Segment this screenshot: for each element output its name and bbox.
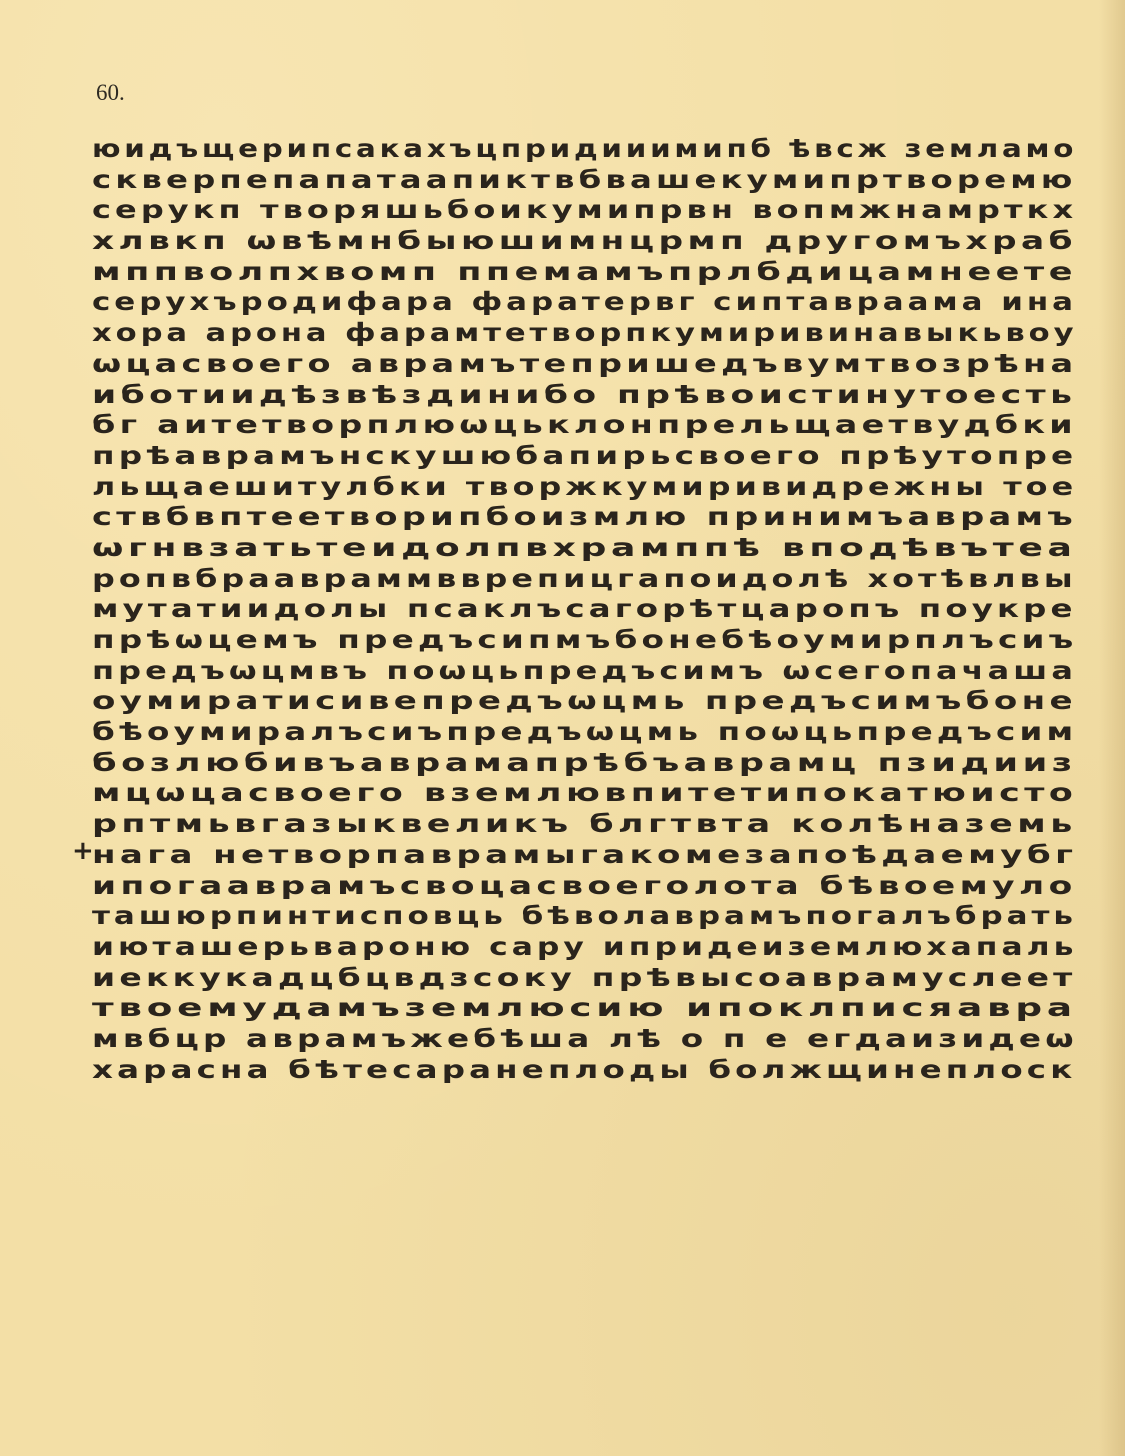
manuscript-line: ѡцасвоего аврамътепришедъвумтвозрѣна: [92, 349, 1125, 380]
manuscript-line: бозлюбивъаврамапрѣбъаврамц пзидииз: [92, 748, 1125, 779]
manuscript-line: твоемудамъземлюсию ипоклписяавра: [92, 993, 1125, 1024]
manuscript-line: скверпепапатаапиктвбвашекумипртворемю: [92, 165, 1125, 196]
manuscript-line: мппволпхвомп ппемамъпрлбдицамнеете: [92, 257, 1125, 288]
manuscript-line: ташюрпинтисповць бѣволаврамъпогалъбрать: [92, 901, 1125, 932]
margin-cross-mark: +: [72, 836, 94, 866]
manuscript-line: мцѡцасвоего вземлювпитетипокатюисто: [92, 778, 1125, 809]
manuscript-line: ѡгнвзатьтеидолпвхрамппѣ вподѣвътеа: [92, 533, 1125, 564]
manuscript-line: июташерьвароню сару ипридеиземлюхапаль: [92, 932, 1125, 963]
manuscript-line: ропвбраавраммвврепицгапоидолѣ хотѣвлвы: [92, 564, 1125, 595]
page-number: 60.: [96, 80, 125, 106]
manuscript-line: нага нетворпаврамыгакомезапоѣдаемубг: [92, 840, 1125, 871]
manuscript-line: бѣоумиралъсиъпредъѡцмь поѡцьпредъсим: [92, 717, 1125, 748]
manuscript-line: льщаешитулбки творжкумиривидрежны тое: [92, 472, 1125, 503]
manuscript-line: прѣѡцемъ предъсипмъбонебѣоумирплъсиъ: [92, 625, 1125, 656]
manuscript-line: рптмьвгазыквеликъ блгтвта колѣназемь: [92, 809, 1125, 840]
manuscript-line: прѣаврамънскушюбапирьсвоего прѣутопре: [92, 441, 1125, 472]
manuscript-line: харасна бѣтесаранеплоды болжщинеплоск: [92, 1055, 1125, 1086]
manuscript-line: иботиидѣзвѣздинибо прѣвоистинутоесть: [92, 380, 1125, 411]
manuscript-line: мвбцр аврамъжебѣша лѣ о п е егдаизидеѡ: [92, 1024, 1125, 1055]
manuscript-line: юидъщерипсакахъцпридииимипб ѣвсж земламо: [92, 134, 1125, 165]
manuscript-line: серукп творяшьбоикумипрвн вопмжнамрткх: [92, 195, 1125, 226]
manuscript-line: хора арона фарамтетворпкумиривинавыкьвоу: [92, 318, 1125, 349]
manuscript-line: ствбвптеетворипбоизмлю принимъаврамъ: [92, 502, 1125, 533]
manuscript-line: иеккукадцбцвдзсоку прѣвысоаврамуслеет: [92, 963, 1125, 994]
manuscript-line: мутатиидолы псаклъсагорѣтцаропъ поукре: [92, 594, 1125, 625]
manuscript-line: ипогааврамъсвоцасвоеголота бѣвоемуло: [92, 871, 1125, 902]
manuscript-line: хлвкп ѡвѣмнбыюшимнцрмп другомъхраб: [92, 226, 1125, 257]
manuscript-line: оумиратисивепредъѡцмь предъсимъбоне: [92, 686, 1125, 717]
manuscript-text-block: юидъщерипсакахъцпридииимипб ѣвсж земламо…: [92, 134, 1092, 1085]
manuscript-line: бг аитетворплюѡцьклонпрельщаетвудбки: [92, 410, 1125, 441]
manuscript-line: предъѡцмвъ поѡцьпредъсимъ ѡсегопачаша: [92, 656, 1125, 687]
manuscript-line: серухъродифара фаратервг сиптавраама ина: [92, 287, 1125, 318]
